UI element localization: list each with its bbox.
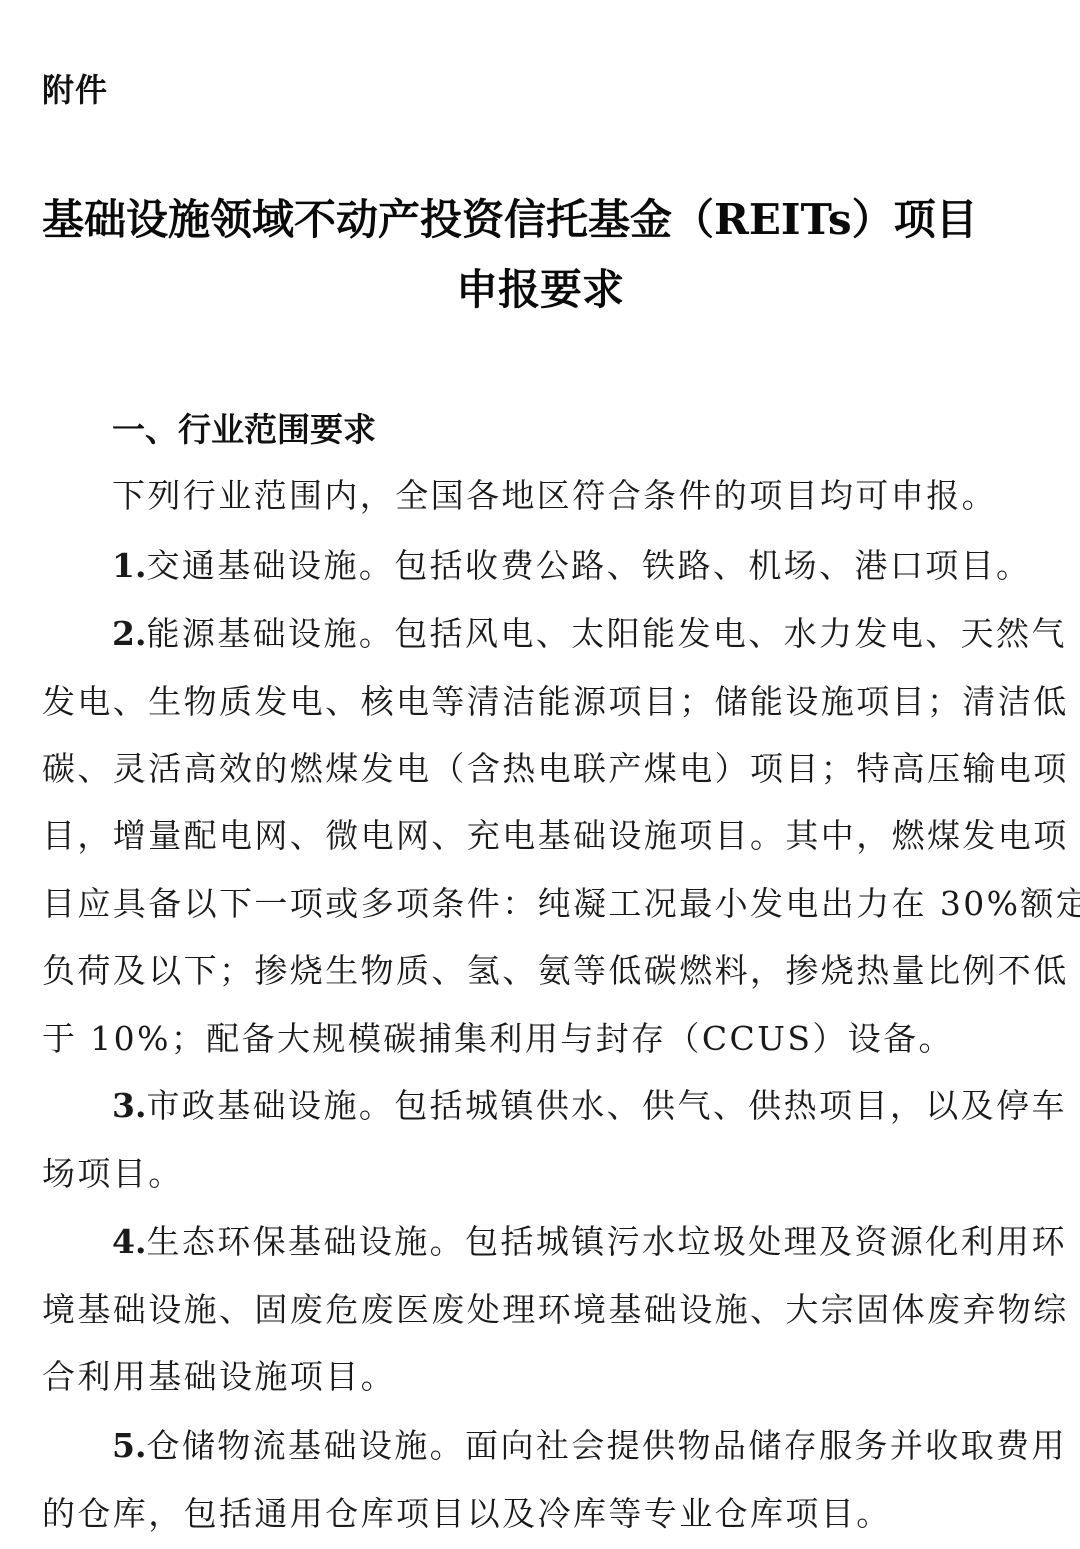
item-3-line-2: 场项目。 (42, 1152, 1042, 1196)
item-5-line-2: 的仓库，包括通用仓库项目以及冷库等专业仓库项目。 (42, 1492, 1042, 1536)
item-4-line-2: 境基础设施、固废危废医废处理环境基础设施、大宗固体废弃物综 (42, 1288, 1042, 1332)
item-4-line-3: 合利用基础设施项目。 (42, 1355, 1042, 1399)
item-5-line-1: 5.仓储物流基础设施。面向社会提供物品储存服务并收取费用 (112, 1424, 1042, 1468)
intro-paragraph: 下列行业范围内，全国各地区符合条件的项目均可申报。 (112, 474, 1042, 518)
item-3-line-1: 3.市政基础设施。包括城镇供水、供气、供热项目，以及停车 (112, 1084, 1042, 1128)
item-number: 1. (112, 546, 146, 585)
attachment-label: 附件 (42, 70, 108, 110)
item-2-line-1: 2.能源基础设施。包括风电、太阳能发电、水力发电、天然气 (112, 612, 1042, 656)
item-number: 2. (112, 614, 146, 653)
item-2-line-2: 发电、生物质发电、核电等清洁能源项目；储能设施项目；清洁低 (42, 680, 1042, 724)
item-text: 市政基础设施。包括城镇供水、供气、供热项目，以及停车 (146, 1086, 1066, 1125)
item-number: 3. (112, 1086, 146, 1125)
item-text: 仓储物流基础设施。面向社会提供物品储存服务并收取费用 (146, 1426, 1066, 1465)
item-number: 4. (112, 1222, 146, 1261)
section-heading: 一、行业范围要求 (112, 408, 376, 452)
item-2-line-6: 负荷及以下；掺烧生物质、氢、氨等低碳燃料，掺烧热量比例不低 (42, 949, 1042, 993)
item-text: 生态环保基础设施。包括城镇污水垃圾处理及资源化利用环 (146, 1222, 1066, 1261)
item-number: 5. (112, 1426, 146, 1465)
item-1-line-1: 1.交通基础设施。包括收费公路、铁路、机场、港口项目。 (112, 544, 1042, 588)
item-4-line-1: 4.生态环保基础设施。包括城镇污水垃圾处理及资源化利用环 (112, 1220, 1042, 1264)
document-title-line-2: 申报要求 (0, 262, 1080, 318)
item-text: 交通基础设施。包括收费公路、铁路、机场、港口项目。 (146, 546, 1031, 585)
item-2-line-5: 目应具备以下一项或多项条件：纯凝工况最小发电出力在 30%额定 (42, 882, 1042, 926)
document-page: 附件 基础设施领域不动产投资信托基金（REITs）项目 申报要求 一、行业范围要… (0, 0, 1080, 1549)
item-text: 能源基础设施。包括风电、太阳能发电、水力发电、天然气 (146, 614, 1066, 653)
document-title-line-1: 基础设施领域不动产投资信托基金（REITs）项目 (0, 192, 1080, 248)
item-2-line-4: 目，增量配电网、微电网、充电基础设施项目。其中，燃煤发电项 (42, 814, 1042, 858)
item-2-line-7: 于 10%；配备大规模碳捕集利用与封存（CCUS）设备。 (42, 1017, 1042, 1061)
item-2-line-3: 碳、灵活高效的燃煤发电（含热电联产煤电）项目；特高压输电项 (42, 747, 1042, 791)
